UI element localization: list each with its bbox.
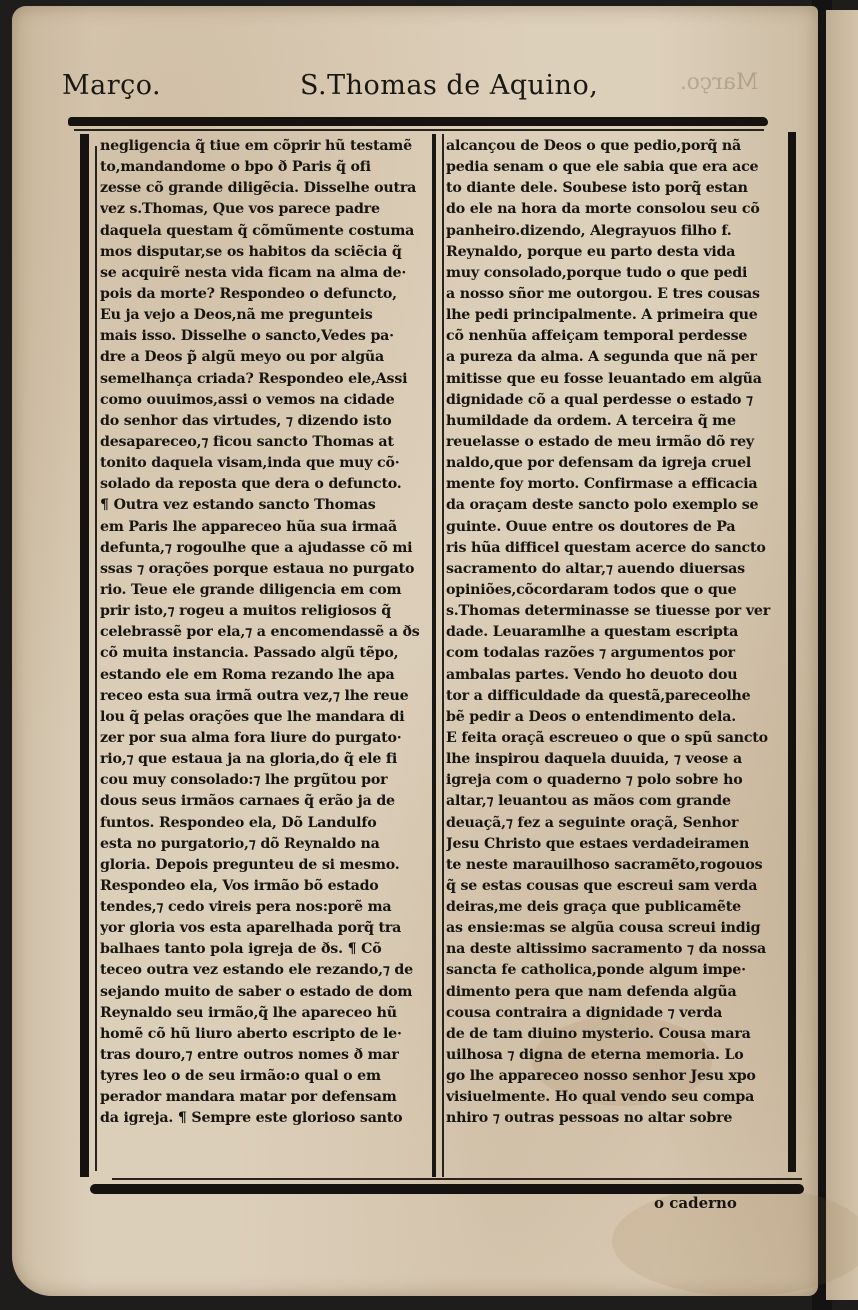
adjacent-page-edge	[826, 10, 858, 1300]
text-line: rio. Teue ele grande diligencia em com	[100, 580, 430, 601]
text-line: dre a Deos p̃ algũ meyo ou por algũa	[100, 347, 430, 368]
text-line: zesse cõ grande diligẽcia. Disselhe outr…	[100, 178, 430, 199]
text-line: funtos. Respondeo ela, Dõ Landulfo	[100, 813, 430, 834]
text-line: Eu ja vejo a Deos,nã me pregunteis	[100, 305, 430, 326]
text-line: tyres leo o de seu irmão:o qual o em	[100, 1066, 430, 1087]
text-line: dignidade cõ a qual perdesse o estado ⁊	[446, 390, 786, 411]
right-border-bar	[788, 132, 796, 1172]
text-line: pedia senam o que ele sabia que era ace	[446, 157, 786, 178]
text-line: mente foy morto. Confirmase a efficacia	[446, 474, 786, 495]
text-line: cou muy consolado:⁊ lhe prgũtou por	[100, 770, 430, 791]
text-line: como ouuimos,assi o vemos na cidade	[100, 390, 430, 411]
text-line: dade. Leuaramlhe a questam escripta	[446, 622, 786, 643]
text-line: de de tam diuino mysterio. Cousa mara	[446, 1024, 786, 1045]
text-line: semelhança criada? Respondeo ele,Assi	[100, 369, 430, 390]
text-line: uilhosa ⁊ digna de eterna memoria. Lo	[446, 1045, 786, 1066]
text-line: tendes,⁊ cedo vireis pera nos:porẽ ma	[100, 897, 430, 918]
text-line: perador mandara matar por defensam	[100, 1087, 430, 1108]
text-line: as ensie:mas se algũa cousa screui indig	[446, 918, 786, 939]
text-line: prir isto,⁊ rogeu a muitos religiosos q̃	[100, 601, 430, 622]
text-line: negligencia q̃ tiue em cõprir hũ testamẽ	[100, 136, 430, 157]
text-line: opiniões,cõcordaram todos que o que	[446, 580, 786, 601]
text-line: ris hũa difficel questam acerce do sanct…	[446, 538, 786, 559]
text-line: deuaçã,⁊ fez a seguinte oraçã, Senhor	[446, 813, 786, 834]
running-head-month: Março.	[62, 70, 161, 101]
text-line: E feita oraçã escreueo o que o spũ sanct…	[446, 728, 786, 749]
text-line: ambalas partes. Vendo ho deuoto dou	[446, 665, 786, 686]
text-line: muy consolado,porque tudo o que pedi	[446, 263, 786, 284]
text-line: a pureza da alma. A segunda que nã per	[446, 347, 786, 368]
text-line: guinte. Ouue entre os doutores de Pa	[446, 517, 786, 538]
text-line: Jesu Christo que estaes verdadeiramen	[446, 834, 786, 855]
bleed-through-text: Março.	[680, 70, 758, 95]
text-line: visiuelmente. Ho qual vendo seu compa	[446, 1087, 786, 1108]
text-line: pois da morte? Respondeo o defuncto,	[100, 284, 430, 305]
text-line: nhiro ⁊ outras pessoas no altar sobre	[446, 1108, 786, 1129]
running-head: Março. S.Thomas de Aquino, Março.	[12, 70, 818, 110]
text-line: do senhor das virtudes, ⁊ dizendo isto	[100, 411, 430, 432]
text-line: Reynaldo seu irmão,q̃ lhe apareceo hũ	[100, 1003, 430, 1024]
text-line: bẽ pedir a Deos o entendimento dela.	[446, 707, 786, 728]
text-line: to,mandandome o bpo ð Paris q̃ ofi	[100, 157, 430, 178]
column-divider	[432, 134, 436, 1177]
running-head-title: S.Thomas de Aquino,	[300, 70, 598, 101]
text-line: q̃ se estas cousas que escreui sam verda	[446, 876, 786, 897]
text-line: celebrassẽ por ela,⁊ a encomendassẽ a ðs	[100, 622, 430, 643]
text-line: sancta fe catholica,ponde algum impe·	[446, 960, 786, 981]
text-line: lhe inspirou daquela duuida, ⁊ veose a	[446, 749, 786, 770]
text-line: se acquirẽ nesta vida ficam na alma de·	[100, 263, 430, 284]
text-line: na deste altissimo sacramento ⁊ da nossa	[446, 939, 786, 960]
text-line: tras douro,⁊ entre outros nomes ð mar	[100, 1045, 430, 1066]
text-line: altar,⁊ leuantou as mãos com grande	[446, 791, 786, 812]
text-line: mitisse que eu fosse leuantado em algũa	[446, 369, 786, 390]
text-line: com todalas razões ⁊ argumentos por	[446, 643, 786, 664]
text-line: balhaes tanto pola igreja de ðs. ¶ Cõ	[100, 939, 430, 960]
text-line: lhe pedi principalmente. A primeira que	[446, 305, 786, 326]
text-line: go lhe appareceo nosso senhor Jesu xpo	[446, 1066, 786, 1087]
text-line: Reynaldo, porque eu parto desta vida	[446, 242, 786, 263]
text-line: vez s.Thomas, Que vos parece padre	[100, 199, 430, 220]
text-line: alcançou de Deos o que pedio,porq̃ nã	[446, 136, 786, 157]
text-line: tonito daquela visam,inda que muy cõ·	[100, 453, 430, 474]
text-line: cousa contraira a dignidade ⁊ verda	[446, 1003, 786, 1024]
text-line: desapareceo,⁊ ficou sancto Thomas at	[100, 432, 430, 453]
text-line: to diante dele. Soubese isto porq̃ estan	[446, 178, 786, 199]
text-line: cõ muita instancia. Passado algũ tẽpo,	[100, 643, 430, 664]
book-page: Março. S.Thomas de Aquino, Março. neglig…	[12, 6, 818, 1296]
text-line: do ele na hora da morte consolou seu cõ	[446, 199, 786, 220]
text-line: igreja com o quaderno ⁊ polo sobre ho	[446, 770, 786, 791]
text-line: gloria. Depois pregunteu de si mesmo.	[100, 855, 430, 876]
text-line: homẽ cõ hũ liuro aberto escripto de le·	[100, 1024, 430, 1045]
text-line: ssas ⁊ orações porque estaua no purgato	[100, 559, 430, 580]
text-line: sejando muito de saber o estado de dom	[100, 982, 430, 1003]
top-border-rule-thin	[74, 129, 764, 131]
text-line: cõ nenhũa affeiçam temporal perdesse	[446, 326, 786, 347]
catchword: o caderno	[654, 1194, 737, 1212]
text-line: a nosso sñor me outorgou. E tres cousas	[446, 284, 786, 305]
text-line: Respondeo ela, Vos irmão bõ estado	[100, 876, 430, 897]
text-line: solado da reposta que dera o defuncto.	[100, 474, 430, 495]
text-line: da igreja. ¶ Sempre este glorioso santo	[100, 1108, 430, 1129]
text-line: receo esta sua irmã outra vez,⁊ lhe reue	[100, 686, 430, 707]
text-line: deiras,me deis graça que publicamẽte	[446, 897, 786, 918]
text-line: te neste marauilhoso sacramẽto,rogouos	[446, 855, 786, 876]
text-line: dimento pera que nam defenda algũa	[446, 982, 786, 1003]
text-line: da oraçam deste sancto polo exemplo se	[446, 495, 786, 516]
text-line: tor a difficuldade da questã,pareceolhe	[446, 686, 786, 707]
text-line: estando ele em Roma rezando lhe apa	[100, 665, 430, 686]
text-line: yor gloria vos esta aparelhada porq̃ tra	[100, 918, 430, 939]
text-line: naldo,que por defensam da igreja cruel	[446, 453, 786, 474]
text-line: defunta,⁊ rogoulhe que a ajudasse cõ mi	[100, 538, 430, 559]
text-line: mais isso. Disselhe o sancto,Vedes pa·	[100, 326, 430, 347]
left-border-bar	[80, 134, 89, 1177]
bottom-border-rule	[90, 1184, 804, 1194]
text-line: ¶ Outra vez estando sancto Thomas	[100, 495, 430, 516]
text-column-left: negligencia q̃ tiue em cõprir hũ testamẽ…	[100, 136, 430, 1130]
text-line: esta no purgatorio,⁊ dõ Reynaldo na	[100, 834, 430, 855]
text-line: rio,⁊ que estaua ja na gloria,do q̃ ele …	[100, 749, 430, 770]
text-line: s.Thomas determinasse se tiuesse por ver	[446, 601, 786, 622]
text-line: daquela questam q̃ cõmũmente costuma	[100, 221, 430, 242]
text-line: teceo outra vez estando ele rezando,⁊ de	[100, 960, 430, 981]
column-divider-thin	[442, 134, 444, 1177]
text-line: lou q̃ pelas orações que lhe mandara di	[100, 707, 430, 728]
text-line: dous seus irmãos carnaes q̃ erão ja de	[100, 791, 430, 812]
text-line: mos disputar,se os habitos da sciẽcia q̃	[100, 242, 430, 263]
text-line: em Paris lhe appareceo hũa sua irmaã	[100, 517, 430, 538]
bottom-border-rule-thin	[112, 1178, 802, 1180]
left-border-rule-thin	[95, 146, 97, 1171]
top-border-rule	[68, 117, 768, 126]
text-line: zer por sua alma fora liure do purgato·	[100, 728, 430, 749]
text-line: reuelasse o estado de meu irmão dõ rey	[446, 432, 786, 453]
text-line: sacramento do altar,⁊ auendo diuersas	[446, 559, 786, 580]
text-line: panheiro.dizendo, Alegrayuos filho f.	[446, 221, 786, 242]
text-line: humildade da ordem. A terceira q̃ me	[446, 411, 786, 432]
text-column-right: alcançou de Deos o que pedio,porq̃ nãped…	[446, 136, 786, 1130]
